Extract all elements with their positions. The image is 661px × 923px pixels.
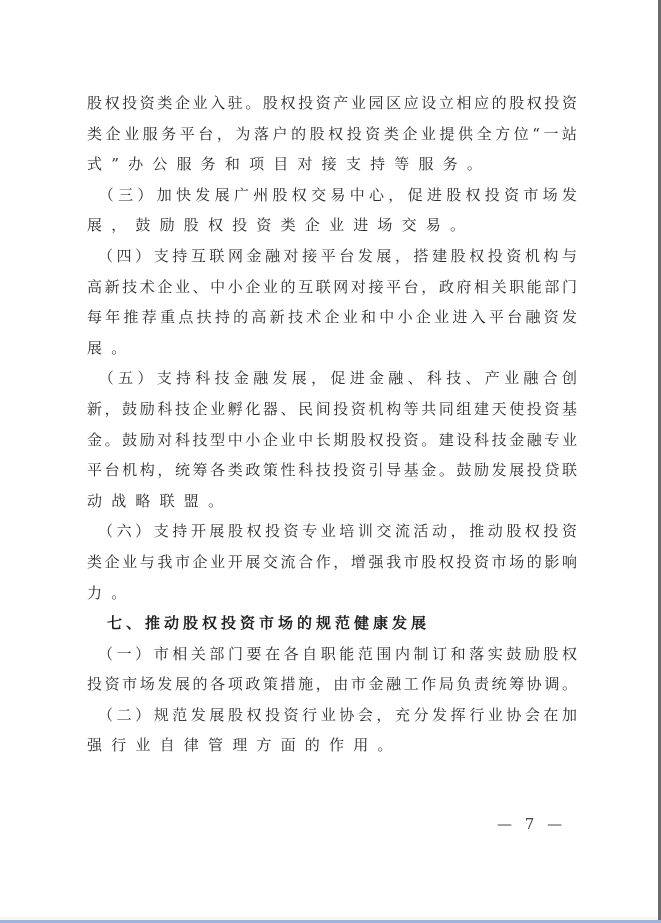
text-line: 展，鼓励股权投资类企业进场交易。 [87,210,577,241]
text-line: 动战略联盟。 [87,486,577,517]
paragraph-start-line: （四）支持互联网金融对接平台发展，搭建股权投资机构与 [87,241,577,272]
text-line: 每年推荐重点扶持的高新技术企业和中小企业进入平台融资发 [87,302,577,333]
text-line: 平台机构，统筹各类政策性科技投资引导基金。鼓励发展投贷联 [87,455,577,486]
text-line: 强行业自律管理方面的作用。 [87,730,577,761]
document-page: 股权投资类企业入驻。股权投资产业园区应设立相应的股权投资 类企业服务平台，为落户… [0,0,657,919]
paragraph-start-line: （二）规范发展股权投资行业协会，充分发挥行业协会在加 [87,700,577,731]
paragraph-start-line: （三）加快发展广州股权交易中心，促进股权投资市场发 [87,180,577,211]
text-line: 力。 [87,578,577,609]
page-number: — 7 — [497,815,566,833]
text-line: 类企业服务平台，为落户的股权投资类企业提供全方位“一站 [87,119,577,150]
text-line: 股权投资类企业入驻。股权投资产业园区应设立相应的股权投资 [87,88,577,119]
document-body: 股权投资类企业入驻。股权投资产业园区应设立相应的股权投资 类企业服务平台，为落户… [87,88,577,761]
text-line: 类企业与我市企业开展交流合作，增强我市股权投资市场的影响 [87,547,577,578]
section-heading: 七、推动股权投资市场的规范健康发展 [87,608,577,639]
text-line: 高新技术企业、中小企业的互联网对接平台，政府相关职能部门 [87,272,577,303]
text-line: 展。 [87,333,577,364]
text-line: 式”办公服务和项目对接支持等服务。 [87,149,577,180]
text-line: 新，鼓励科技企业孵化器、民间投资机构等共同组建天使投资基 [87,394,577,425]
paragraph-start-line: （六）支持开展股权投资专业培训交流活动，推动股权投资 [87,516,577,547]
paragraph-start-line: （一）市相关部门要在各自职能范围内制订和落实鼓励股权 [87,639,577,670]
paragraph-start-line: （五）支持科技金融发展，促进金融、科技、产业融合创 [87,363,577,394]
text-line: 投资市场发展的各项政策措施，由市金融工作局负责统筹协调。 [87,669,577,700]
text-line: 金。鼓励对科技型中小企业中长期股权投资。建设科技金融专业 [87,425,577,456]
